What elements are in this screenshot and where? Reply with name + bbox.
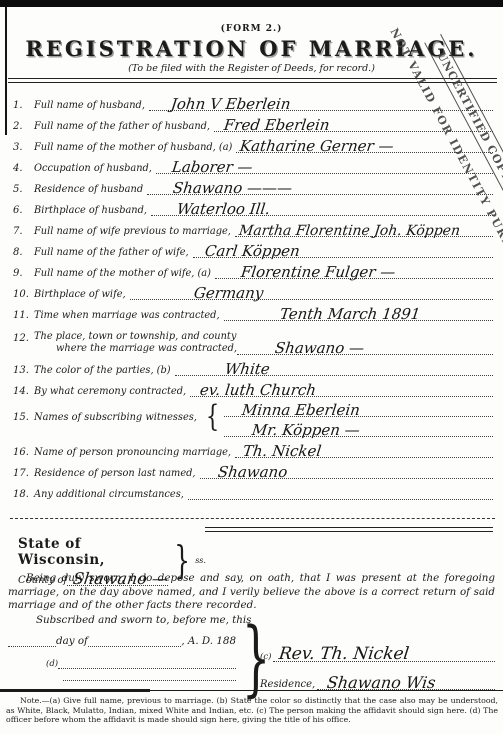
separator-dashed (10, 518, 495, 519)
blank-line (63, 680, 236, 681)
item-number: 9. (13, 268, 34, 279)
entry-line: Tenth March 1891 (224, 299, 493, 321)
witness-entries: Minna Eberlein Mr. Köppen — (224, 397, 493, 437)
item-label: The place, town or township, and county … (34, 331, 237, 355)
blank-officer (58, 658, 236, 669)
blank-day (8, 634, 56, 647)
entry-line: Shawano ——— (147, 173, 493, 195)
form-items: 1. Full name of husband, John V Eberlein… (0, 90, 503, 500)
item-number: 5. (13, 184, 34, 195)
item-number: 7. (13, 226, 34, 237)
d-label: (d) (46, 659, 58, 669)
entry-line: Martha Florentine Joh. Köppen (235, 215, 493, 237)
item-number: 12. (13, 333, 34, 344)
entry-line: ev. luth Church (190, 375, 493, 397)
form-row-13: 13. The color of the parties, (b) White (13, 355, 493, 376)
form-row-16: 16. Name of person pronouncing marriage,… (13, 437, 493, 458)
entry-line: Shawano — (237, 320, 493, 355)
officer-sign-line: (d) (46, 658, 236, 669)
form-row-10: 10. Birthplace of wife, Germany (13, 279, 493, 300)
state-label: State of Wisconsin, (18, 536, 168, 568)
form-row-17: 17. Residence of person last named, Shaw… (13, 458, 493, 479)
residence-row: Residence, Shawano Wis (260, 662, 495, 690)
item-label: Any additional circumstances, (34, 489, 188, 500)
item-number: 10. (13, 289, 34, 300)
entry-line: Minna Eberlein (224, 397, 493, 417)
entry-line: Carl Köppen (193, 236, 493, 258)
form-header: (FORM 2.) REGISTRATION OF MARRIAGE. (To … (0, 24, 503, 83)
blank-month (88, 634, 182, 647)
form-row-6: 6. Birthplace of husband, Waterloo Ill. (13, 195, 493, 216)
signature-column: (c) Rev. Th. Nickel Residence, Shawano W… (260, 628, 495, 690)
entry-line: Rev. Th. Nickel (273, 641, 495, 662)
item-label: Birthplace of wife, (34, 289, 130, 300)
item-label: Full name of the father of husband, (34, 121, 214, 132)
form-row-12: 12. The place, town or township, and cou… (13, 321, 493, 355)
affidavit-section: State of Wisconsin, County of Shawano — … (0, 512, 503, 735)
item-number: 17. (13, 468, 34, 479)
entry-line: Shawano (200, 457, 493, 479)
entry-line: Shawano Wis (317, 669, 495, 690)
item-label: Occupation of husband, (34, 163, 156, 174)
item-label: Names of subscribing witnesses, (34, 412, 201, 423)
subscribed-line: Subscribed and sworn to, before me, this (8, 614, 251, 626)
item-number: 14. (13, 386, 34, 397)
item-number: 1. (13, 100, 34, 111)
item-number: 11. (13, 310, 34, 321)
ad-label: , A. D. 188 (181, 635, 236, 647)
form-row-2: 2. Full name of the father of husband, F… (13, 111, 493, 132)
signature-row: (c) Rev. Th. Nickel (260, 628, 495, 662)
entry-line: Mr. Köppen — (224, 417, 493, 437)
item-label: Full name of the father of wife, (34, 247, 193, 258)
witnesses-brace: { (206, 402, 219, 432)
residence-label: Residence, (260, 679, 317, 690)
day-of-label: day of (56, 635, 88, 647)
item-label: The color of the parties, (b) (34, 365, 175, 376)
item-label: Time when marriage was contracted, (34, 310, 224, 321)
form-subtitle: (To be filed with the Register of Deeds,… (0, 63, 503, 74)
item-number: 13. (13, 365, 34, 376)
item-number: 16. (13, 447, 34, 458)
item-label-line1: The place, town or township, and county (34, 331, 237, 343)
entry-line: Th. Nickel (235, 436, 493, 458)
separator-double (205, 527, 493, 532)
form-row-5: 5. Residence of husband Shawano ——— (13, 174, 493, 195)
form-row-18: 18. Any additional circumstances, (13, 479, 493, 500)
item-number: 3. (13, 142, 34, 153)
entry-line: Waterloo Ill. (151, 194, 493, 216)
entry-line: Florentine Fulger — (215, 257, 493, 279)
form-row-9: 9. Full name of the mother of wife, (a) … (13, 258, 493, 279)
day-of-line: day of , A. D. 188 (8, 634, 236, 647)
item-label: Birthplace of husband, (34, 205, 151, 216)
item-number: 4. (13, 163, 34, 174)
form-row-4: 4. Occupation of husband, Laborer — (13, 153, 493, 174)
form-row-8: 8. Full name of the father of wife, Carl… (13, 237, 493, 258)
form-number: (FORM 2.) (0, 24, 503, 34)
c-label: (c) (260, 652, 273, 662)
item-number: 18. (13, 489, 34, 500)
sworn-block: day of , A. D. 188 (d) } (c) Rev. Th. Ni… (8, 628, 495, 690)
form-row-14: 14. By what ceremony contracted, ev. lut… (13, 376, 493, 397)
marriage-registration-document: NOT VALID FOR IDENTITY PURPOSES UNCERTIF… (0, 0, 503, 735)
item-label: Residence of husband (34, 184, 147, 195)
item-label: By what ceremony contracted, (34, 386, 190, 397)
item-number: 15. (13, 412, 34, 423)
form-row-3: 3. Full name of the mother of husband, (… (13, 132, 493, 153)
entry-line (188, 478, 493, 500)
entry-line: Laborer — (156, 152, 493, 174)
form-row-7: 7. Full name of wife previous to marriag… (13, 216, 493, 237)
scan-edge-top (0, 0, 503, 7)
form-row-15: 15. Names of subscribing witnesses, { Mi… (13, 397, 493, 437)
form-row-11: 11. Time when marriage was contracted, T… (13, 300, 493, 321)
item-number: 8. (13, 247, 34, 258)
item-label: Residence of person last named, (34, 468, 200, 479)
footer-rule (0, 690, 503, 691)
ss-label: ss. (195, 556, 206, 565)
item-number: 2. (13, 121, 34, 132)
item-number: 6. (13, 205, 34, 216)
item-label: Full name of husband, (34, 100, 149, 111)
footnote: Note.—(a) Give full name, previous to ma… (6, 696, 498, 725)
entry-line: White (175, 354, 493, 376)
handwritten-signature: Rev. Th. Nickel (278, 644, 410, 664)
affidavit-body: Being duly sworn, I do depose and say, o… (8, 572, 495, 613)
entry-line: Germany (130, 278, 493, 300)
